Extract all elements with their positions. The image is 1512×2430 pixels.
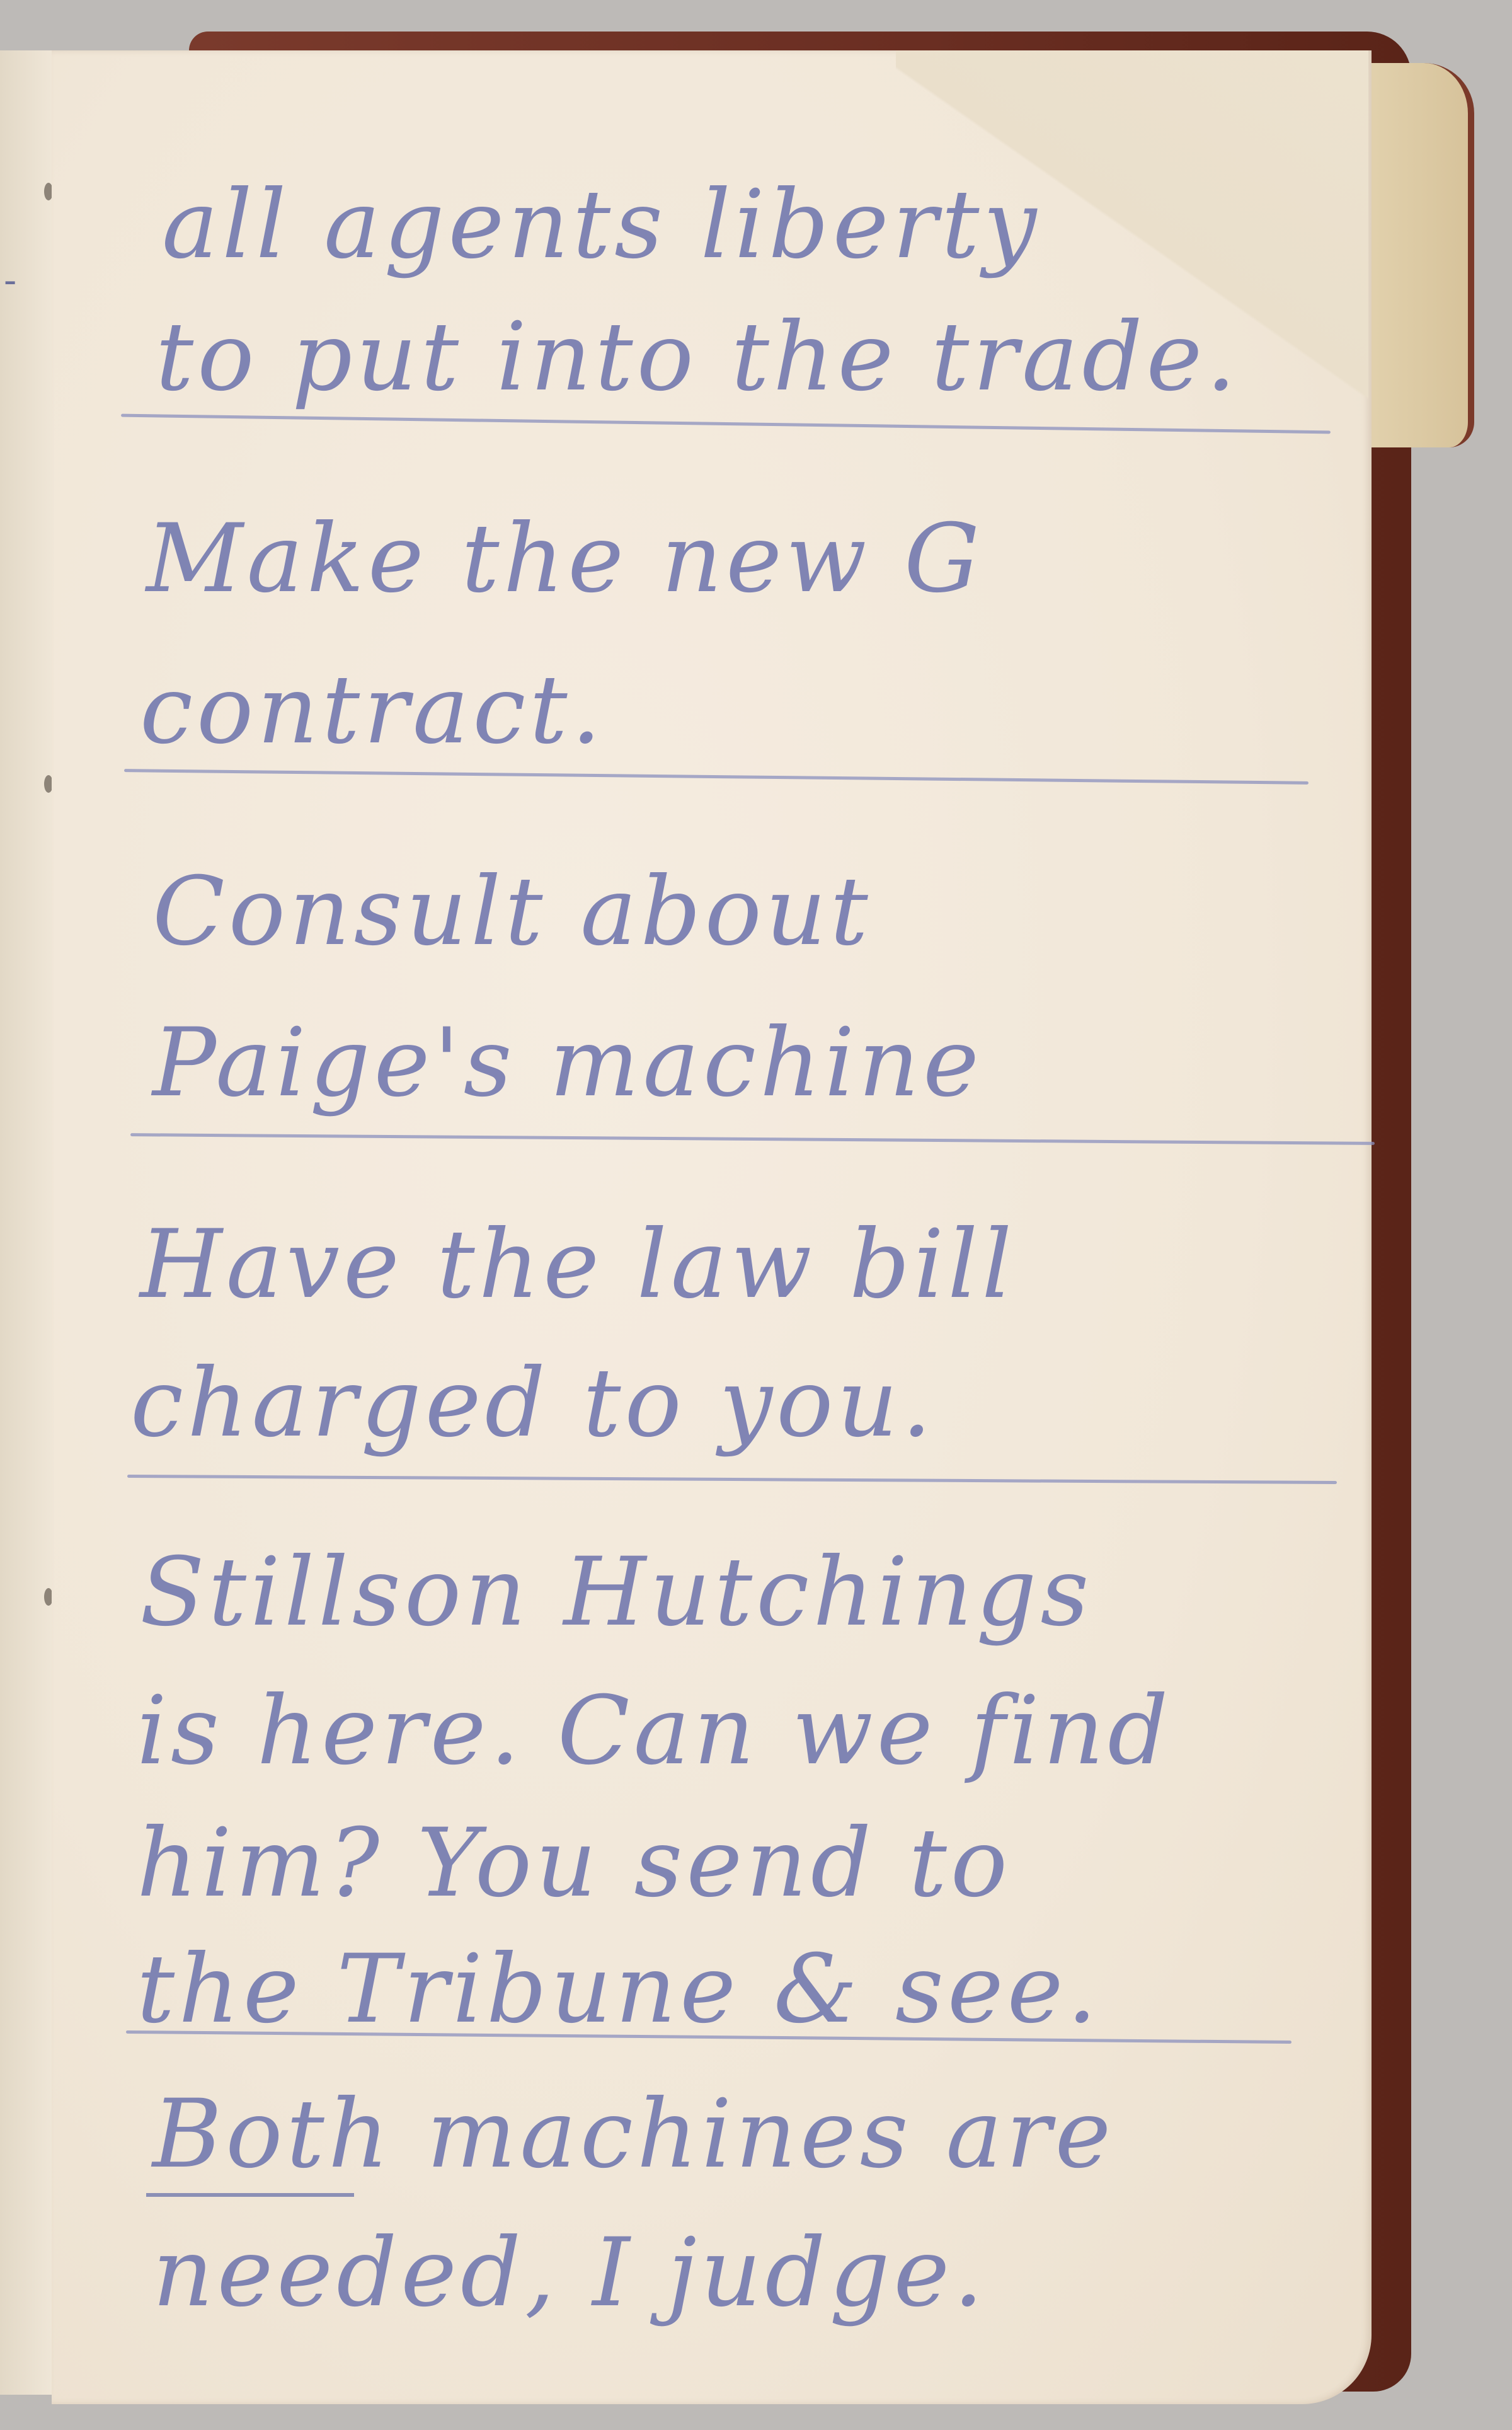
divider-line xyxy=(127,1475,1337,1484)
note-line: contract. xyxy=(140,655,605,765)
divider-line xyxy=(124,769,1309,785)
note-line: Both machines are xyxy=(152,2080,1114,2189)
margin-mark: - xyxy=(4,258,16,302)
note-line: Paige's machine xyxy=(152,1008,983,1118)
note-line: charged to you. xyxy=(130,1349,936,1458)
note-line: Stillson Hutchings xyxy=(140,1538,1092,1647)
divider-line xyxy=(130,1133,1375,1145)
note-line: the Tribune & see. xyxy=(137,1935,1101,2044)
note-line: him? You send to xyxy=(137,1809,1011,1918)
notebook-page: all agents liberty to put into the trade… xyxy=(52,50,1372,2404)
note-line: is here. Can we find xyxy=(137,1676,1172,1786)
handwritten-notes: all agents liberty to put into the trade… xyxy=(52,50,1372,2404)
note-line: all agents liberty xyxy=(162,170,1040,280)
note-line: to put into the trade. xyxy=(156,302,1240,412)
facing-page-edge: - xyxy=(0,50,53,2395)
note-line: Have the law bill xyxy=(140,1210,1016,1320)
note-line: Consult about xyxy=(152,857,872,967)
note-line: Make the new G xyxy=(146,504,983,614)
note-line: needed, I judge. xyxy=(152,2218,987,2328)
divider-line xyxy=(121,414,1331,434)
word-underline xyxy=(146,2193,354,2197)
